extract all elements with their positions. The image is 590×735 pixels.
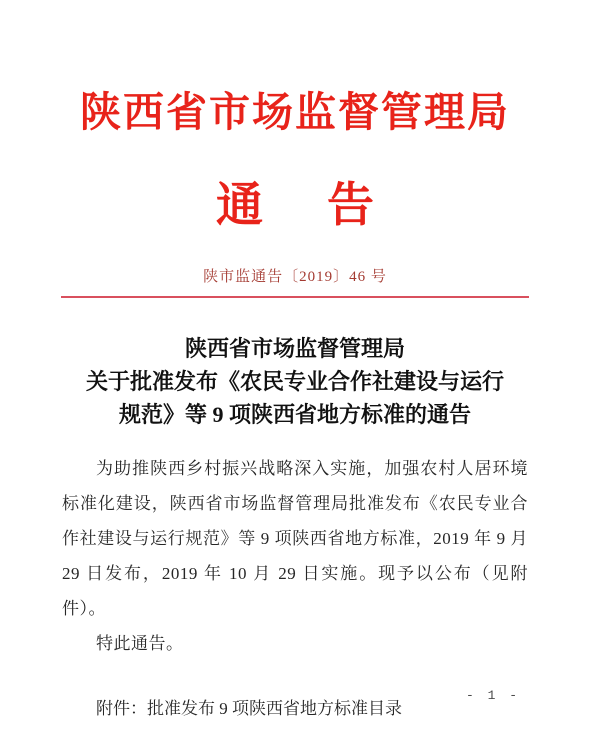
- official-notice-page: 陕西省市场监督管理局 通 告 陕市监通告〔2019〕46 号 陕西省市场监督管理…: [0, 0, 590, 735]
- notice-type-title: 通 告: [0, 179, 590, 233]
- notice-title-line-2: 关于批准发布《农民专业合作社建设与运行: [0, 365, 590, 398]
- notice-title-line-3: 规范》等 9 项陕西省地方标准的通告: [0, 398, 590, 431]
- closing-line: 特此通告。: [62, 626, 528, 661]
- notice-title-line-1: 陕西省市场监督管理局: [0, 332, 590, 365]
- body-paragraph: 为助推陕西乡村振兴战略深入实施，加强农村人居环境标准化建设，陕西省市场监督管理局…: [62, 451, 528, 626]
- notice-title: 陕西省市场监督管理局 关于批准发布《农民专业合作社建设与运行 规范》等 9 项陕…: [0, 332, 590, 431]
- notice-type-char-2: 告: [327, 179, 374, 233]
- document-number: 陕市监通告〔2019〕46 号: [0, 265, 590, 286]
- attachment-line: 附件：批准发布 9 项陕西省地方标准目录: [62, 691, 528, 726]
- red-divider-line: [61, 296, 529, 298]
- issuing-authority-header: 陕西省市场监督管理局: [0, 88, 590, 137]
- notice-body: 为助推陕西乡村振兴战略深入实施，加强农村人居环境标准化建设，陕西省市场监督管理局…: [62, 451, 528, 661]
- page-number: - 1 -: [466, 688, 520, 703]
- notice-type-char-1: 通: [216, 179, 263, 233]
